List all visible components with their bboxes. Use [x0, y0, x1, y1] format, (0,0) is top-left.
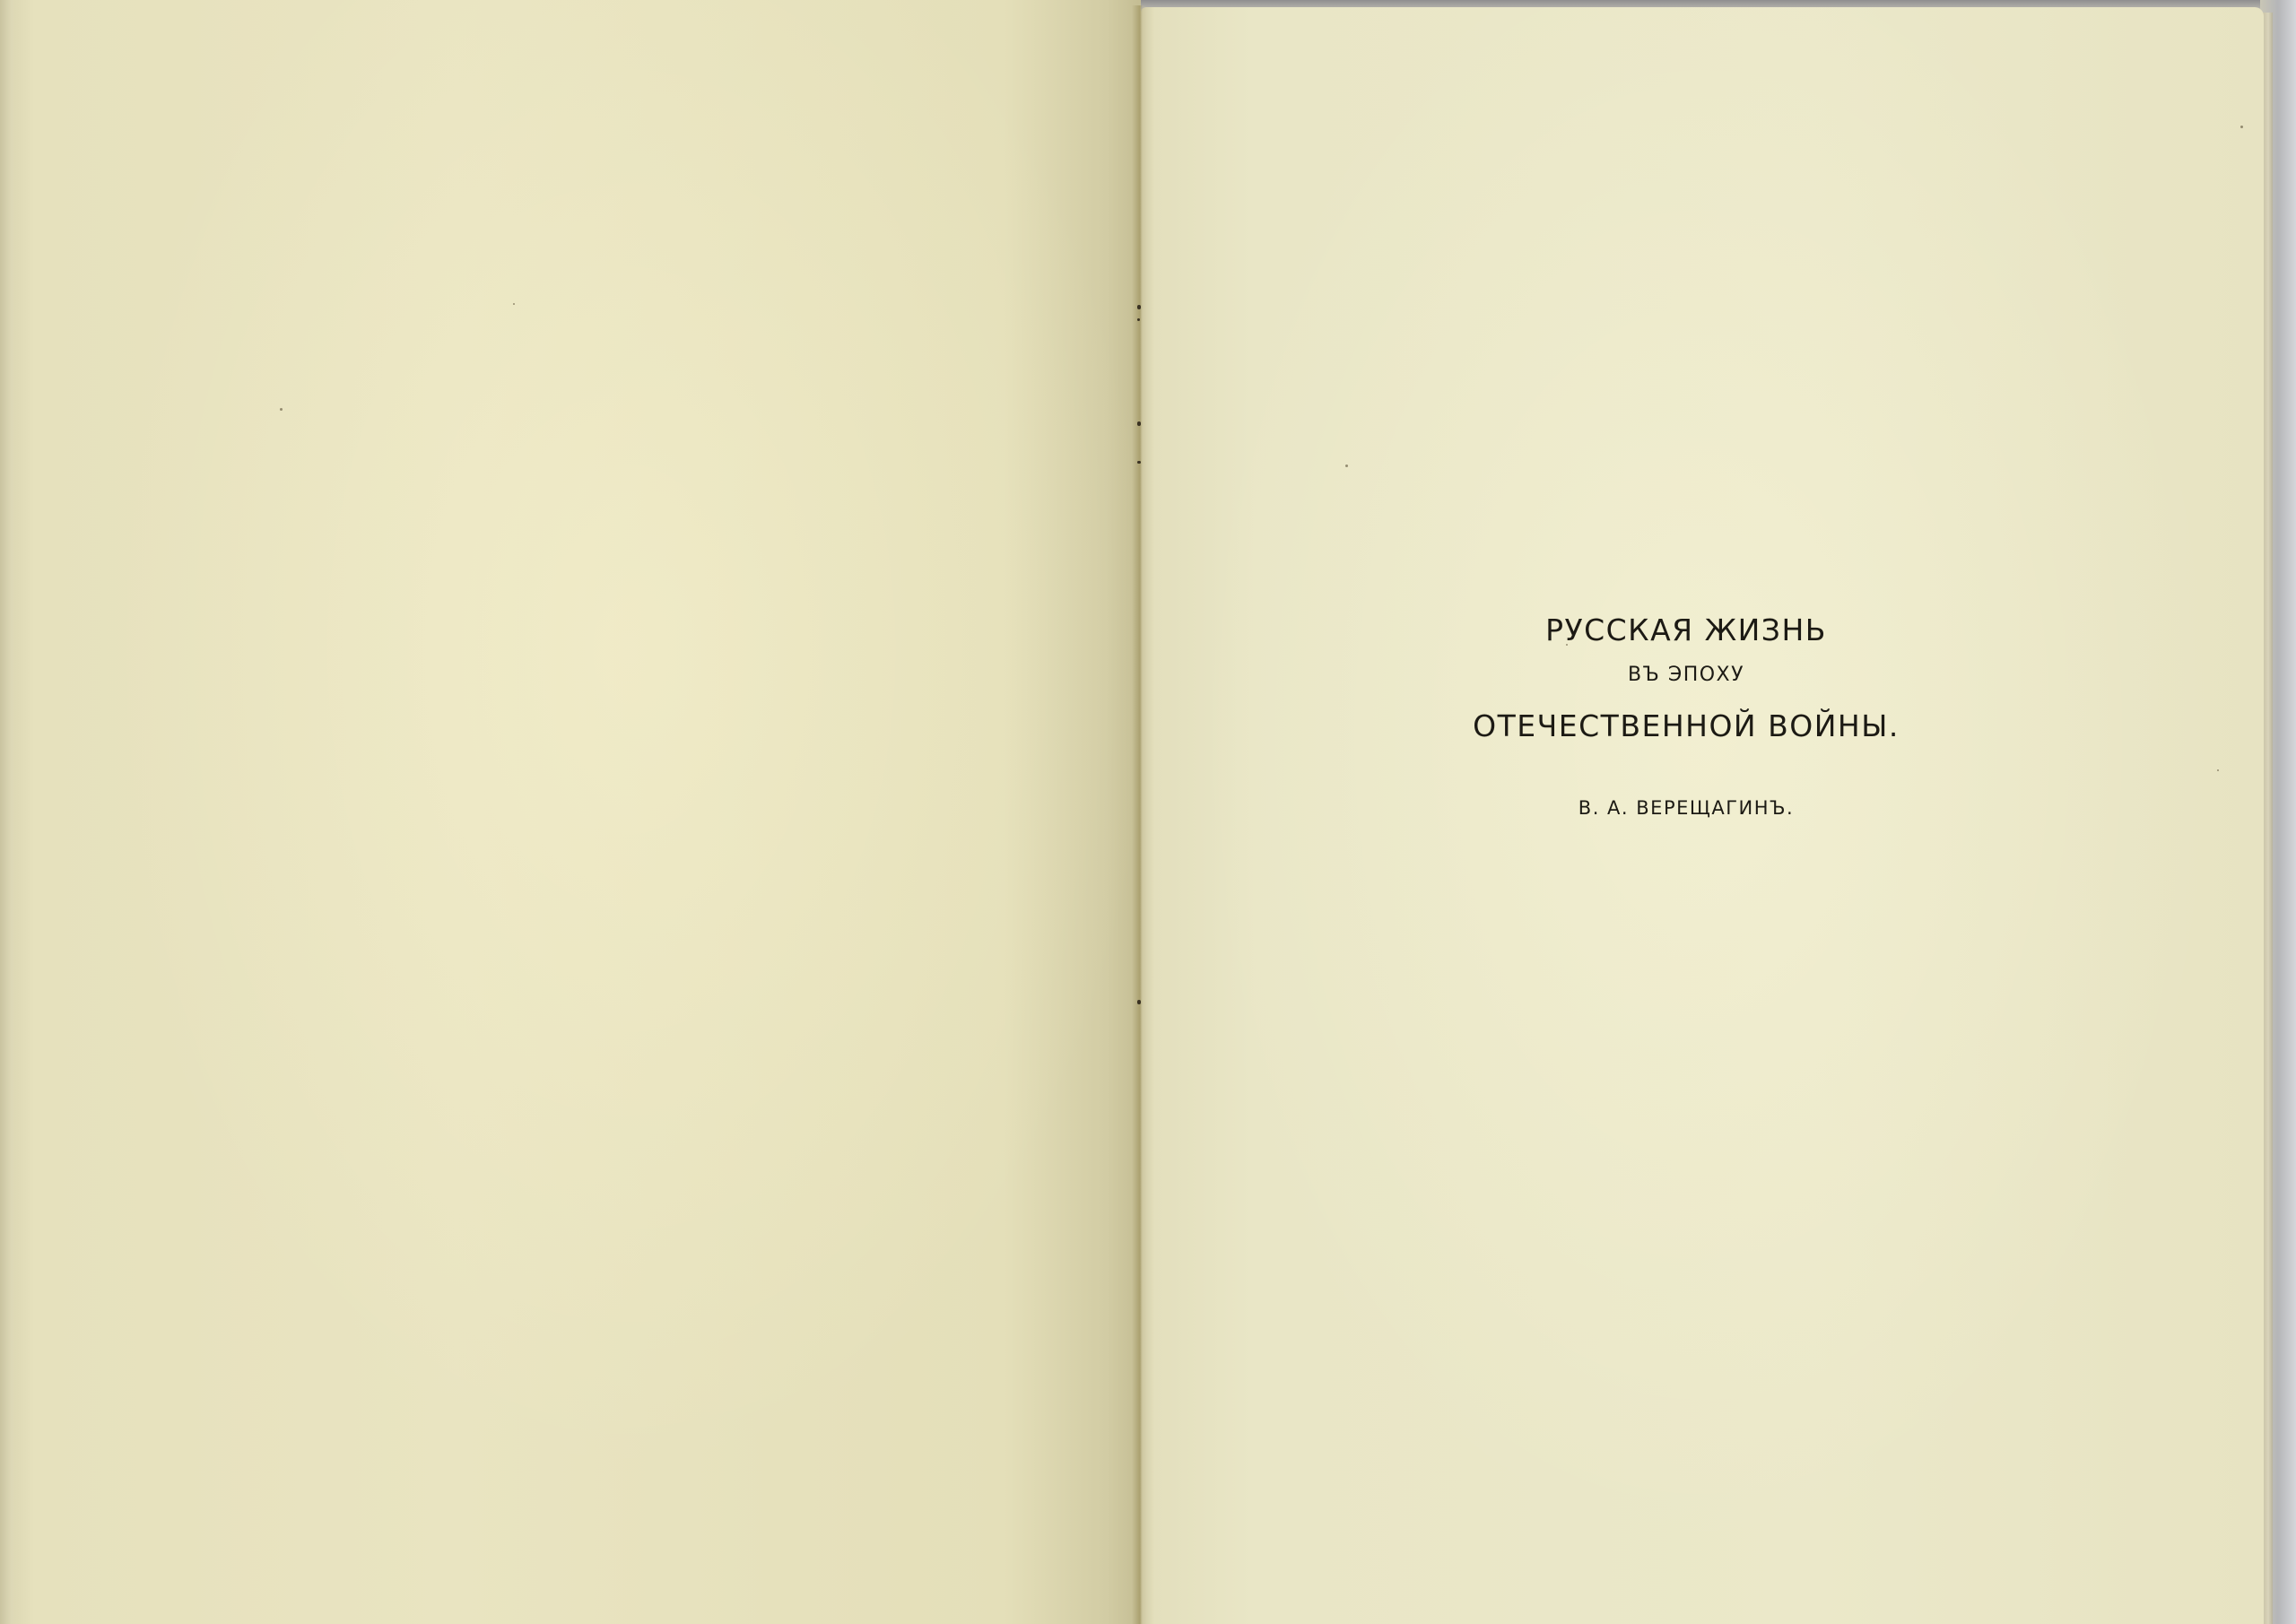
binding-stitch: [1137, 305, 1141, 309]
title-line-2: ВЪ ЭПОХУ: [1399, 657, 1973, 693]
paper-speck: [280, 408, 283, 411]
binding-stitch: [1137, 421, 1141, 426]
paper-speck: [2217, 769, 2219, 771]
left-page: [0, 0, 1141, 1624]
paper-speck: [513, 303, 515, 305]
paper-speck: [2240, 126, 2243, 128]
author-name: В. А. ВЕРЕЩАГИНЪ.: [1399, 790, 1973, 826]
book-gutter: [1132, 5, 1146, 1624]
title-line-1: РУССКАЯ ЖИЗНЬ: [1399, 605, 1973, 656]
title-line-3: ОТЕЧЕСТВЕННОЙ ВОЙНЫ.: [1399, 700, 1973, 752]
binding-stitch: [1137, 461, 1141, 464]
title-page-block: РУССКАЯ ЖИЗНЬ ВЪ ЭПОХУ ОТЕЧЕСТВЕННОЙ ВОЙ…: [1399, 605, 1973, 826]
paper-speck: [1345, 465, 1348, 467]
binding-stitch: [1137, 1000, 1141, 1004]
binding-stitch: [1137, 318, 1140, 321]
